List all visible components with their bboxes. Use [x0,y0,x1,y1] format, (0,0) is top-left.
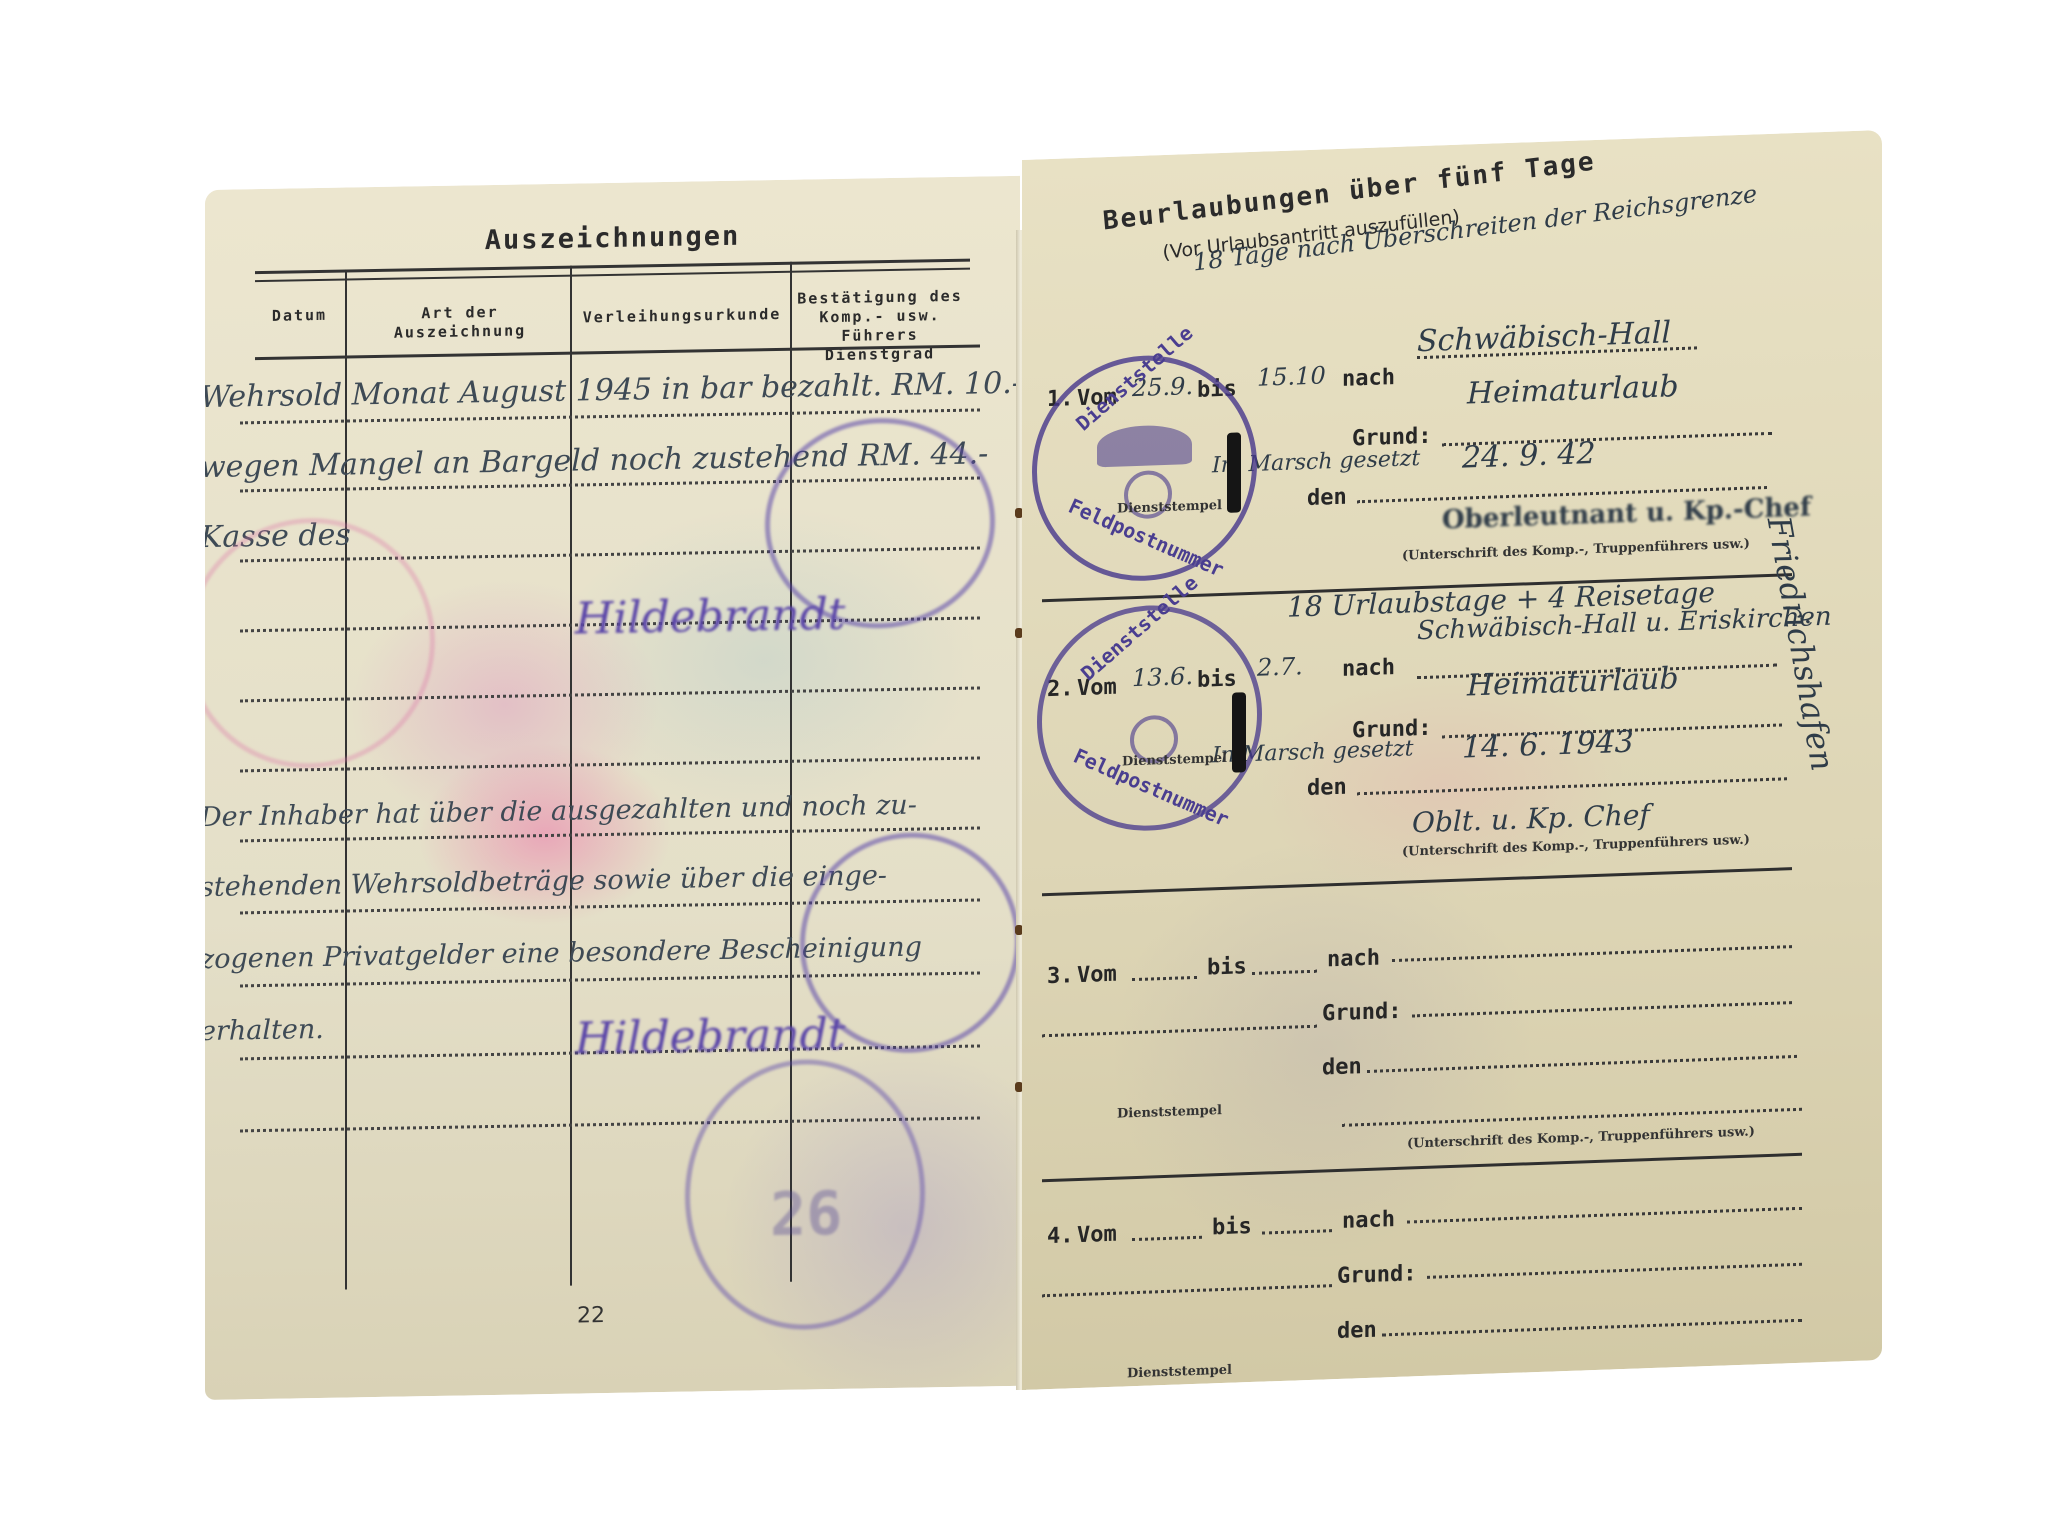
entry-4-reason-field [1427,1263,1802,1279]
faded-stamp [205,516,435,770]
page-23-leave-records: Beurlaubungen über fünf Tage (Vor Urlaub… [1022,130,1882,1390]
entry-3-signature-field [1342,1108,1802,1127]
service-stamp-label: Dienststempel [1127,1363,1232,1382]
stamp-number: 26 [770,1179,842,1250]
column-header-certificate: Verleihungsurkunde [577,305,787,328]
label-grund: Grund: [1322,999,1401,1027]
label-den: den [1307,485,1347,511]
signature-caption: (Unterschrift des Komp.-, Truppenführers… [1407,1124,1755,1151]
label-nach: nach [1327,945,1380,972]
entry-3-number: 3. [1047,963,1074,989]
ink-mark [1227,432,1241,512]
entry-2-to-date: 2.7. [1257,652,1303,682]
faded-stamp [765,416,995,630]
dotted-line [1042,1025,1317,1038]
entry-3-from-field [1132,976,1197,981]
label-den: den [1322,1054,1362,1080]
entry-3-date-field [1367,1055,1797,1073]
signature-caption: (Unterschrift des Komp.-, Truppenführers… [1402,537,1750,564]
label-vom: Vom [1077,1222,1117,1248]
entry-4-signature-field [1357,1365,1807,1384]
entry-3-to-field [1252,970,1317,975]
entry-1-reason: Heimaturlaub [1467,369,1679,411]
entry-3-destination-field [1392,945,1792,962]
entry-4-to-field [1262,1229,1332,1234]
faded-stamp [800,831,1020,1055]
entry-2-reason: Heimaturlaub [1467,661,1679,703]
column-header-date: Datum [257,306,342,326]
section-divider [1042,1153,1802,1183]
handwritten-entry: Wehrsold Monat August 1945 in bar bezahl… [205,366,1020,415]
signature-caption: (Unterschrift des Komp.-, Truppenführers… [1417,1382,1765,1390]
label-bis: bis [1207,954,1247,980]
entry-1-issued-date: 24. 9. 42 [1462,436,1596,476]
entry-4-number: 4. [1047,1223,1074,1249]
entry-4-destination-field [1407,1207,1802,1224]
handwritten-entry: erhalten. [205,1014,324,1047]
label-den: den [1307,775,1347,801]
section-divider [1042,867,1792,896]
page-22-awards: Auszeichnungen Datum Art der Auszeichnun… [205,176,1020,1400]
page-number: 22 [577,1303,605,1328]
ink-mark [1232,692,1246,772]
margin-note: Friedrichshafen [1760,513,1842,774]
signature: Hildebrandt [575,1009,845,1065]
entry-4-date-field [1382,1319,1802,1337]
dotted-line [1357,777,1787,795]
column-header-confirmation: Bestätigung des Komp.- usw. Führers Dien… [795,287,965,366]
page-title-awards: Auszeichnungen [205,216,1020,261]
label-den: den [1337,1318,1377,1344]
label-nach: nach [1342,655,1395,682]
label-grund: Grund: [1337,1261,1416,1289]
entry-2-signature: Oblt. u. Kp. Chef [1412,798,1650,839]
entry-1-signature-stamp: Oberleutnant u. Kp.-Chef [1442,492,1811,535]
entry-3-reason-field [1412,1001,1792,1017]
service-stamp-label: Dienststempel [1117,1103,1222,1122]
entry-4-from-field [1132,1236,1202,1241]
label-vom: Vom [1077,962,1117,988]
header-rule [255,259,970,282]
label-nach: nach [1342,365,1395,392]
label-bis: bis [1212,1214,1252,1240]
handwritten-entry: stehenden Wehrsoldbeträge sowie über die… [205,860,887,903]
handwritten-entry: Der Inhaber hat über die ausgezahlten un… [205,790,917,834]
dotted-line [1042,1284,1332,1297]
entry-2-issued-date: 14. 6. 1943 [1462,725,1634,766]
label-nach: nach [1342,1207,1395,1234]
open-document-booklet: Auszeichnungen Datum Art der Auszeichnun… [0,0,2048,1536]
entry-1-to-date: 15.10 [1257,361,1326,391]
column-header-award-type: Art der Auszeichnung [355,302,565,344]
